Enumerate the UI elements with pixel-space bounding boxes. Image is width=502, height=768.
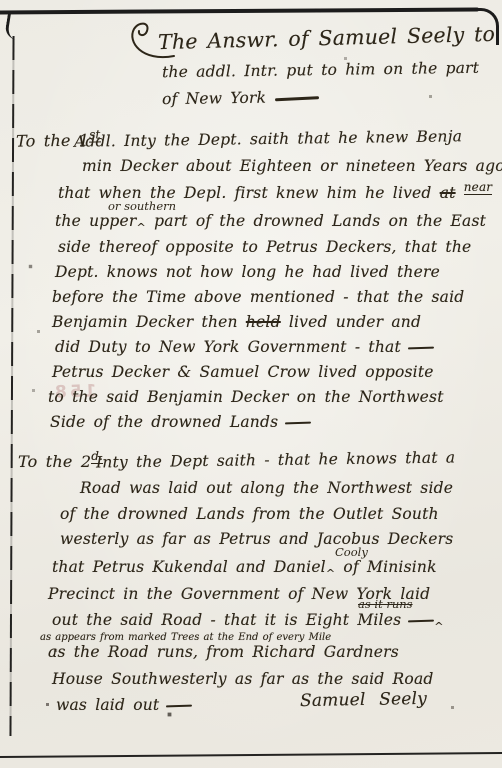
manuscript-line: Inty the Dept saith - that he knows that… — [96, 448, 455, 471]
document-title-line3: of New York — [162, 88, 319, 108]
manuscript-line: Benjamin Decker then held lived under an… — [52, 313, 421, 331]
manuscript-line: Addl. Inty the Dept. saith that he knew … — [74, 127, 462, 150]
inserted-word: near — [464, 180, 493, 195]
manuscript-line: min Decker about Eighteen or nineteen Ye… — [82, 157, 502, 175]
page-edge-top — [0, 8, 479, 14]
manuscript-line: that Petrus Kukendal and Daniel^ of Mini… — [52, 558, 437, 576]
trailing-dash — [408, 346, 434, 349]
interlined-insertion: Cooly — [335, 545, 368, 559]
manuscript-line: as the Road runs, from Richard Gardners — [48, 643, 399, 661]
line-text: Benjamin Decker then — [52, 313, 238, 331]
line-text: the upper — [55, 212, 137, 230]
manuscript-line: westerly as far as Petrus and Jacobus De… — [60, 530, 453, 548]
manuscript-line: Petrus Decker & Samuel Crow lived opposi… — [52, 363, 434, 381]
document-title-line1: The Answr. of Samuel Seely to — [158, 22, 496, 54]
manuscript-line: side thereof opposite to Petrus Deckers,… — [58, 238, 471, 256]
caret-mark: ^ — [434, 620, 443, 633]
struck-dash — [408, 619, 434, 622]
line-text: out the said Road - that it is Eight Mil… — [52, 611, 401, 629]
manuscript-line: was laid out — [56, 696, 192, 714]
line-text: lived under and — [289, 313, 421, 331]
manuscript-line: of the drowned Lands from the Outlet Sou… — [60, 505, 439, 523]
flourish-dash — [275, 96, 319, 101]
page-edge-left — [9, 36, 14, 736]
manuscript-line: the upper^ part of the drowned Lands on … — [55, 212, 486, 230]
manuscript-line: Dept. knows not how long he had lived th… — [55, 263, 440, 281]
manuscript-line: out the said Road - that it is Eight Mil… — [52, 611, 444, 629]
line-text: Side of the drowned Lands — [50, 413, 278, 431]
struck-word: held — [246, 313, 281, 331]
manuscript-line: Side of the drowned Lands — [50, 413, 311, 431]
trailing-dash — [285, 421, 311, 424]
line-text: part of the drowned Lands on the East — [154, 212, 486, 230]
line-text: of Minisink — [343, 558, 436, 576]
manuscript-line: did Duty to New York Government - that — [55, 338, 434, 356]
manuscript-line: House Southwesterly as far as the said R… — [52, 670, 434, 688]
line-text: did Duty to New York Government - that — [55, 338, 401, 356]
caret-mark: ^ — [137, 221, 146, 234]
struck-interlined-insertion: as it runs — [358, 597, 413, 611]
page-edge-bottom — [0, 752, 502, 758]
manuscript-line: to the said Benjamin Decker on the North… — [48, 388, 444, 406]
answer2-margin-label: To the 2d. — [18, 452, 103, 471]
page-corner-top-left — [4, 12, 21, 40]
manuscript-line: Road was laid out along the Northwest si… — [80, 479, 453, 497]
interline-note: as appears from marked Trees at the End … — [40, 632, 331, 643]
signature: Samuel Seely — [300, 689, 427, 711]
title-line3-text: of New York — [162, 89, 266, 108]
interlined-insertion: or southern — [108, 199, 176, 213]
line-text: that Petrus Kukendal and Daniel — [52, 558, 326, 576]
manuscript-page: 158 The Answr. of Samuel Seely to the ad… — [0, 0, 502, 768]
line-text: was laid out — [56, 696, 159, 714]
struck-word: at — [440, 184, 456, 202]
trailing-dash — [166, 704, 192, 707]
caret-mark: ^ — [326, 567, 335, 580]
answer2-label-number: To the 2 — [18, 452, 91, 471]
paper-specks — [0, 0, 1, 1]
document-title-line2: the addl. Intr. put to him on the part — [162, 59, 479, 81]
manuscript-line: before the Time above mentioned - that t… — [52, 288, 464, 306]
